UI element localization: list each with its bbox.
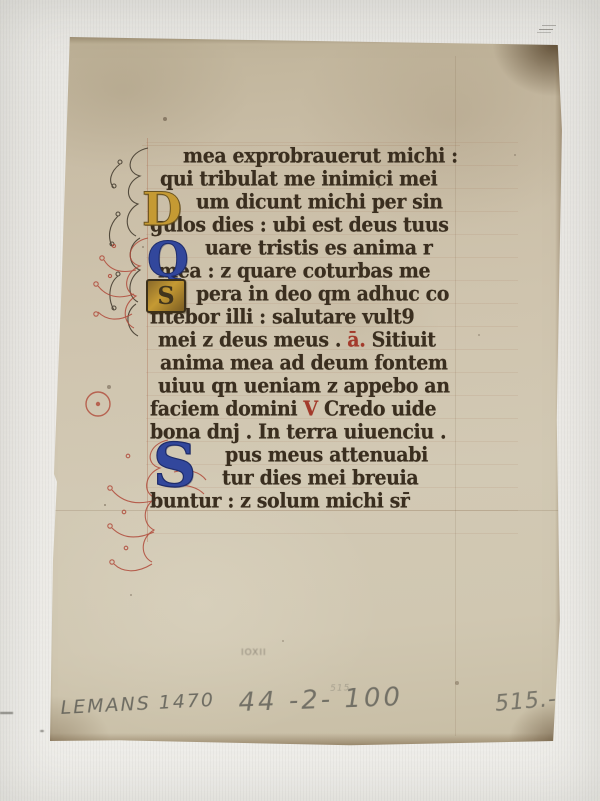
text-segment: faciem domini bbox=[150, 397, 303, 421]
pencil-scribble-top-right bbox=[539, 29, 553, 30]
manuscript-text-line: uare tristis es anima r bbox=[205, 238, 432, 259]
manuscript-text-line: pus meus attenuabi bbox=[225, 445, 428, 466]
manuscript-text-line: fitebor illi : salutare vult9 bbox=[150, 307, 414, 328]
manuscript-text-line: um dicunt michi per sin bbox=[196, 192, 443, 213]
text-segment: anima mea ad deum fontem bbox=[160, 351, 448, 375]
manuscript-text-line: faciem domini V Credo uide bbox=[150, 399, 436, 420]
pencil-faint-note: 515 bbox=[330, 683, 351, 694]
manuscript-text-line: mei z deus meus . ā. Sitiuit bbox=[158, 330, 436, 351]
text-segment: pera in deo qm adhuc co bbox=[196, 282, 449, 306]
photo-of-manuscript-leaf: { "photo": { "mat_color": "#eceae6", "le… bbox=[0, 0, 600, 801]
text-segment: fitebor illi : salutare vult9 bbox=[150, 305, 414, 329]
text-segment: mea : z quare coturbas me bbox=[158, 259, 430, 283]
text-segment: tur dies mei breuia bbox=[222, 466, 418, 490]
text-segment: gulos dies : ubi est deus tuus bbox=[150, 213, 449, 237]
manuscript-text-block: mea exprobrauerut michi :qui tribulat me… bbox=[46, 34, 564, 746]
decorated-initial-d-gold: D bbox=[142, 186, 182, 232]
text-segment: mea exprobrauerut michi : bbox=[183, 144, 458, 168]
text-segment: pus meus attenuabi bbox=[225, 443, 428, 467]
decorated-initial-s-bluebig: S bbox=[153, 436, 196, 496]
manuscript-text-line: tur dies mei breuia bbox=[222, 468, 418, 489]
pencil-dot-mark bbox=[40, 730, 44, 732]
manuscript-leaf: mea exprobrauerut michi :qui tribulat me… bbox=[46, 34, 564, 746]
manuscript-text-line: pera in deo qm adhuc co bbox=[196, 284, 449, 305]
decorated-initial-s-goldsq: S bbox=[146, 279, 186, 313]
pencil-inscription-inventory: 44 -2- 100 bbox=[238, 682, 403, 718]
text-segment: Sitiuit bbox=[365, 328, 435, 352]
rubric-text: V bbox=[303, 397, 324, 421]
pencil-edge-dash bbox=[0, 712, 13, 714]
manuscript-text-line: gulos dies : ubi est deus tuus bbox=[150, 215, 449, 236]
manuscript-text-line: qui tribulat me inimici mei bbox=[160, 169, 437, 190]
manuscript-text-line: anima mea ad deum fontem bbox=[160, 353, 448, 374]
rubric-text: ā. bbox=[347, 328, 365, 352]
text-segment: qui tribulat me inimici mei bbox=[160, 167, 437, 191]
text-segment: mei z deus meus . bbox=[158, 328, 347, 352]
text-segment: um dicunt michi per sin bbox=[196, 190, 443, 214]
collection-stamp: IOXII bbox=[241, 648, 267, 658]
text-segment: Credo uide bbox=[324, 397, 436, 421]
manuscript-text-line: mea exprobrauerut michi : bbox=[183, 146, 458, 167]
decorated-initial-q-blue: Q bbox=[147, 236, 189, 284]
manuscript-text-line: mea : z quare coturbas me bbox=[158, 261, 430, 282]
text-segment: uare tristis es anima r bbox=[205, 236, 432, 260]
text-segment: uiuu qn ueniam z appebo an bbox=[158, 374, 450, 398]
manuscript-text-line: uiuu qn ueniam z appebo an bbox=[158, 376, 450, 397]
